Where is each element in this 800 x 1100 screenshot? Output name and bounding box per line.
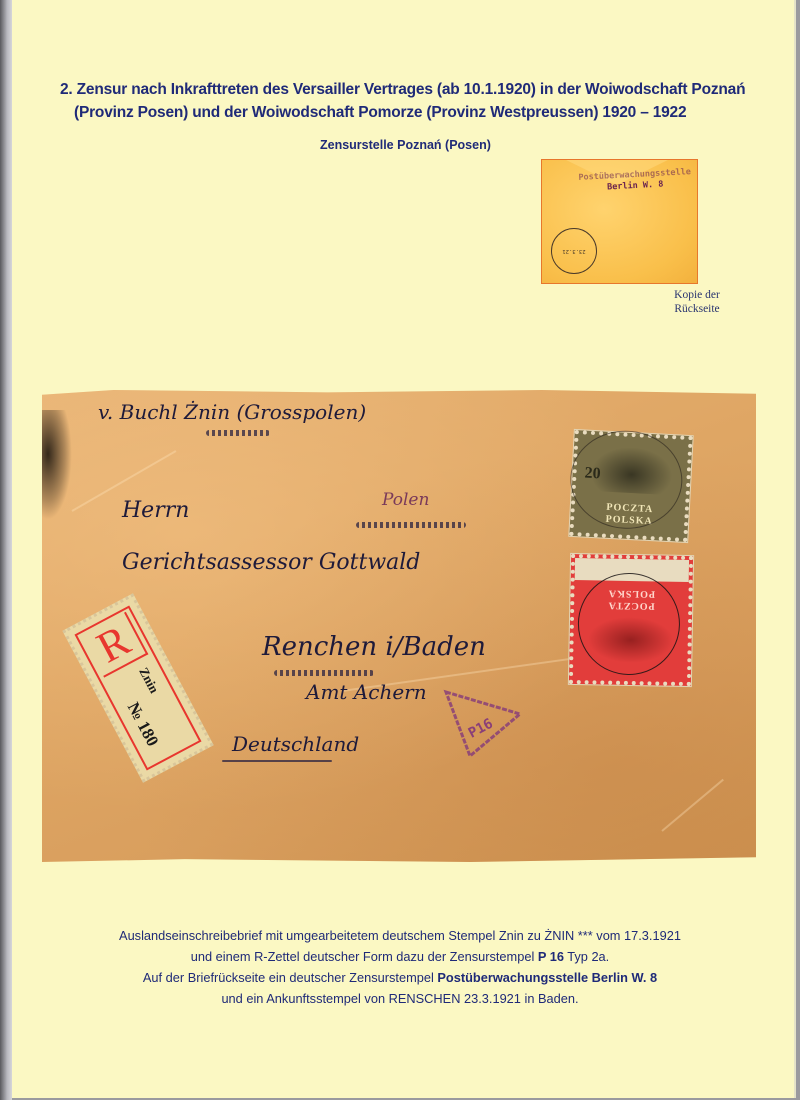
postage-stamp-25: POCZTA POLSKA <box>569 554 693 686</box>
city-line: Renchen i/Baden <box>262 632 486 662</box>
album-page: 2. Zensur nach Inkrafttreten des Versail… <box>12 0 796 1098</box>
salutation: Herrn <box>122 498 189 523</box>
arrival-postmark: 23.3.21 <box>551 228 597 274</box>
underline <box>222 760 332 762</box>
description-line-4: und ein Ankunftsstempel von RENSCHEN 23.… <box>40 988 760 1009</box>
title-line-1: 2. Zensur nach Inkrafttreten des Versail… <box>60 81 745 98</box>
description-text: und einem R-Zettel deutscher Form dazu d… <box>191 949 538 964</box>
registration-label: R Znin № 180 <box>62 593 213 782</box>
envelope-front-image: v. Buchl Żnin (Grosspolen) Herrn Polen G… <box>42 390 756 862</box>
district-line: Amt Achern <box>306 680 427 704</box>
country-line: Deutschland <box>232 732 359 756</box>
caption-line-2: Rückseite <box>674 303 719 315</box>
back-copy-caption: Kopie der Rückseite <box>667 288 727 316</box>
description-line-2: und einem R-Zettel deutscher Form dazu d… <box>40 946 760 967</box>
correction-note: Polen <box>382 490 429 510</box>
description-line-3: Auf der Briefrückseite ein deutscher Zen… <box>40 967 760 988</box>
triangle-icon: P16 <box>444 690 524 760</box>
registration-place: Znin <box>135 665 162 696</box>
title-line-2: (Provinz Posen) und der Woiwodschaft Pom… <box>60 101 780 124</box>
postage-stamp-20: 20 POCZTA POLSKA <box>569 430 692 542</box>
description-bold: Postüberwachungsstelle Berlin W. 8 <box>437 970 657 985</box>
description-bold: P 16 <box>538 949 564 964</box>
registration-number: № 180 <box>123 699 163 750</box>
registration-letter: R <box>82 612 149 678</box>
page-subtitle: Zensurstelle Poznań (Posen) <box>320 138 491 152</box>
underline-squiggle <box>206 430 270 436</box>
page-title: 2. Zensur nach Inkrafttreten des Versail… <box>60 78 780 124</box>
description-text: Typ 2a. <box>564 949 609 964</box>
addressee-line: Gerichtsassessor Gottwald <box>122 550 420 575</box>
description-text: Auf der Briefrückseite ein deutscher Zen… <box>143 970 437 985</box>
underline-squiggle <box>356 522 466 528</box>
caption-line-1: Kopie der <box>674 289 720 301</box>
label-frame: R Znin № 180 <box>74 605 201 770</box>
description-line-1: Auslandseinschreibebrief mit umgearbeite… <box>40 925 760 946</box>
scan-edge <box>0 0 12 1100</box>
ink-stain <box>42 410 72 520</box>
sender-line: v. Buchl Żnin (Grosspolen) <box>98 400 366 424</box>
description: Auslandseinschreibebrief mit umgearbeite… <box>40 925 760 1009</box>
envelope-back-image: Postüberwachungsstelle Berlin W. 8 23.3.… <box>541 159 698 284</box>
paper-crease <box>661 779 724 832</box>
underline-squiggle <box>274 670 374 676</box>
